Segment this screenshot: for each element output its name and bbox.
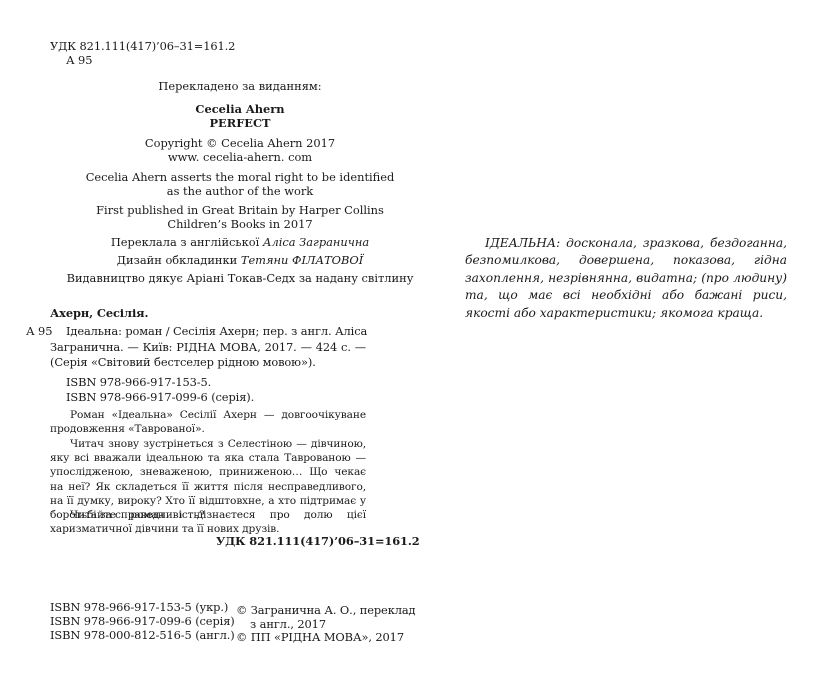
- isbn-item: ISBN 978-966-917-099-6 (серія): [50, 614, 235, 628]
- annotation-paragraph: Роман «Ідеальна» Сесілії Ахерн — довгооч…: [50, 408, 366, 436]
- translator-name: Аліса Загранична: [263, 235, 369, 249]
- book-spread: УДК 821.111(417)’06–31=161.2 А 95 Перекл…: [0, 0, 840, 700]
- publisher-copyright: © ПП «РІДНА МОВА», 2017: [236, 630, 404, 644]
- first-published-notice: First published in Great Britain by Harp…: [50, 204, 430, 231]
- catalog-isbn: ISBN 978-966-917-153-5.: [66, 375, 211, 389]
- catalog-entry-line: (Серія «Світовий бестселер рідною мовою»…: [50, 355, 316, 369]
- original-author: Cecelia Ahern: [50, 103, 430, 117]
- moral-right-notice: Cecelia Ahern asserts the moral right to…: [50, 171, 430, 198]
- isbn-item: ISBN 978-966-917-153-5 (укр.): [50, 600, 228, 614]
- translated-from: Перекладено за виданням:: [50, 80, 430, 94]
- author-mark-top: А 95: [66, 53, 92, 67]
- catalog-entry-line: Ідеальна: роман / Сесілія Ахерн; пер. з …: [66, 324, 366, 338]
- catalog-author-mark: А 95: [26, 324, 52, 338]
- annotation-paragraph: Читайте роман і дізнаєтеся про долю цієї…: [50, 508, 366, 536]
- original-edition: Cecelia Ahern PERFECT: [50, 103, 430, 130]
- photo-thanks: Видавництво дякує Аріані Токав-Седх за н…: [50, 272, 430, 286]
- udk-code-top: УДК 821.111(417)’06–31=161.2: [50, 39, 235, 53]
- copyright-notice: Copyright © Cecelia Ahern 2017 www. cece…: [50, 137, 430, 164]
- translator-credit: Переклала з англійської Аліса Загранична: [50, 236, 430, 250]
- translation-copyright-cont: з англ., 2017: [250, 617, 326, 631]
- catalog-isbn: ISBN 978-966-917-099-6 (серія).: [66, 390, 254, 404]
- catalog-entry-line: Загранична. — Київ: РІДНА МОВА, 2017. — …: [50, 340, 366, 354]
- original-title: PERFECT: [50, 117, 430, 131]
- epigraph-definition: ІДЕАЛЬНА: досконала, зразкова, бездоганн…: [465, 235, 787, 322]
- cover-design-credit: Дизайн обкладинки Тетяни ФІЛАТОВОЇ: [50, 254, 430, 268]
- isbn-item: ISBN 978-000-812-516-5 (англ.): [50, 628, 235, 642]
- catalog-heading: Ахерн, Сесілія.: [50, 306, 148, 320]
- cover-designer-name: Тетяни ФІЛАТОВОЇ: [241, 253, 363, 267]
- translation-copyright: © Загранична А. О., переклад: [236, 603, 415, 617]
- udk-code-bottom: УДК 821.111(417)’06–31=161.2: [216, 534, 420, 548]
- author-website: www. cecelia-ahern. com: [50, 151, 430, 165]
